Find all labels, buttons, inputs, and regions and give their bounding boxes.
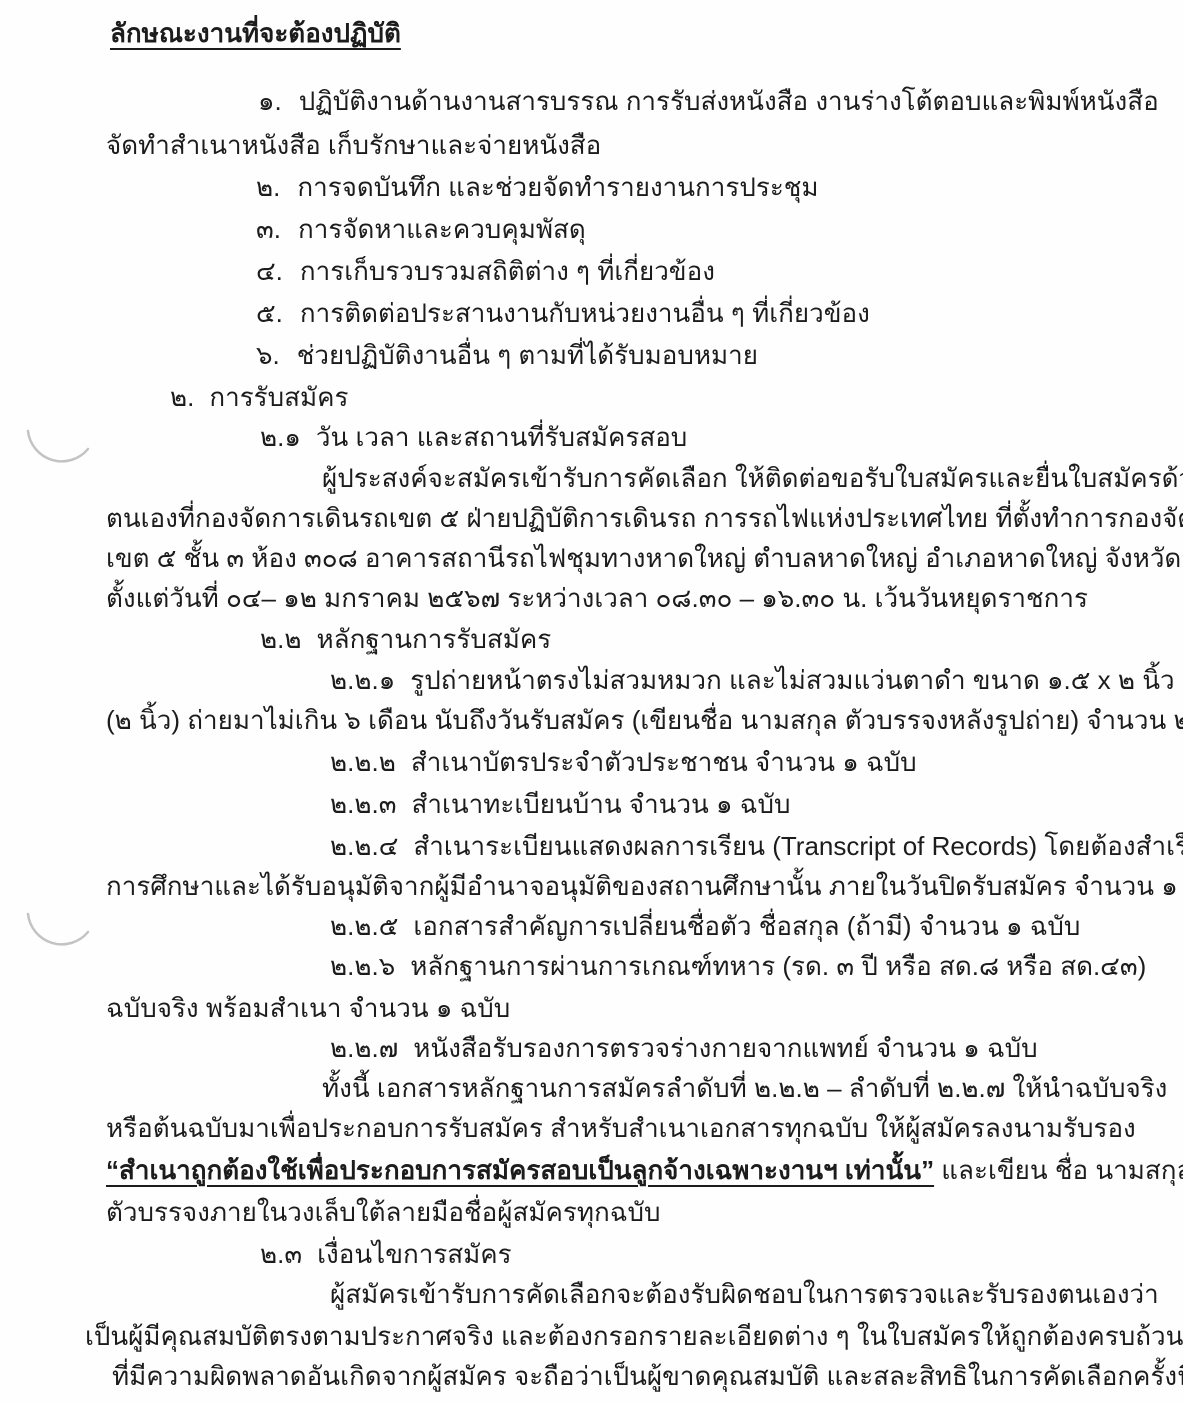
- item-text: หลักฐานการผ่านการเกณฑ์ทหาร (รด. ๓ ปี หรื…: [410, 951, 1146, 981]
- duty-item-1-line-2: จัดทำสำเนาหนังสือ เก็บรักษาและจ่ายหนังสื…: [106, 128, 601, 162]
- paragraph-line: เป็นผู้มีคุณสมบัติตรงตามประกาศจริง และต้…: [85, 1319, 1183, 1353]
- item-text: สำเนาทะเบียนบ้าน จำนวน ๑ ฉบับ: [412, 789, 791, 819]
- duty-item-6: ๖.ช่วยปฏิบัติงานอื่น ๆ ตามที่ได้รับมอบหม…: [256, 338, 758, 372]
- paragraph-line: เขต ๕ ชั้น ๓ ห้อง ๓๐๘ อาคารสถานีรถไฟชุมท…: [106, 541, 1183, 575]
- page-title: ลักษณะงานที่จะต้องปฏิบัติ: [110, 16, 401, 50]
- paragraph-line: ตั้งแต่วันที่ ๐๔– ๑๒ มกราคม ๒๕๖๗ ระหว่าง…: [106, 581, 1088, 615]
- item-number: ๒.๒.๓: [330, 787, 397, 821]
- item-number: ๒.: [256, 170, 280, 204]
- section-title: หลักฐานการรับสมัคร: [317, 624, 552, 654]
- item-text: การจดบันทึก และช่วยจัดทำรายงานการประชุม: [297, 172, 818, 202]
- evidence-item-2-2-4-cont: การศึกษาและได้รับอนุมัติจากผู้มีอำนาจอนุ…: [106, 869, 1183, 903]
- section-title: วัน เวลา และสถานที่รับสมัครสอบ: [316, 422, 687, 452]
- item-number: ๒.๒.๖: [330, 949, 395, 983]
- evidence-item-2-2-1-cont: (๒ นิ้ว) ถ่ายมาไม่เกิน ๖ เดือน นับถึงวัน…: [106, 703, 1183, 737]
- item-text: การจัดหาและควบคุมพัสดุ: [298, 214, 586, 244]
- item-text: หนังสือรับรองการตรวจร่างกายจากแพทย์ จำนว…: [413, 1033, 1037, 1063]
- note-paragraph-line: “สำเนาถูกต้องใช้เพื่อประกอบการสมัครสอบเป…: [106, 1153, 1183, 1187]
- item-number: ๒.๒.๑: [330, 663, 395, 697]
- section-2-heading: ๒.การรับสมัคร: [170, 380, 349, 414]
- paragraph-line: ผู้ประสงค์จะสมัครเข้ารับการคัดเลือก ให้ต…: [322, 461, 1183, 495]
- paragraph-line: ตนเองที่กองจัดการเดินรถเขต ๕ ฝ่ายปฏิบัติ…: [106, 501, 1183, 535]
- item-text: สำเนาบัตรประจำตัวประชาชน จำนวน ๑ ฉบับ: [411, 747, 917, 777]
- evidence-item-2-2-4: ๒.๒.๔สำเนาระเบียนแสดงผลการเรียน (Transcr…: [330, 829, 1183, 863]
- duty-item-2: ๒.การจดบันทึก และช่วยจัดทำรายงานการประชุ…: [256, 170, 819, 204]
- bold-underlined-quote: “สำเนาถูกต้องใช้เพื่อประกอบการสมัครสอบเป…: [106, 1155, 934, 1185]
- item-text: เอกสารสำคัญการเปลี่ยนชื่อตัว ชื่อสกุล (ถ…: [413, 911, 1080, 941]
- item-number: ๔.: [256, 254, 283, 288]
- section-number: ๒.๑: [260, 420, 301, 454]
- section-2-3-heading: ๒.๓เงื่อนไขการสมัคร: [260, 1237, 512, 1271]
- evidence-item-2-2-5: ๒.๒.๕เอกสารสำคัญการเปลี่ยนชื่อตัว ชื่อสก…: [330, 909, 1080, 943]
- note-text: และเขียน ชื่อ นามสกุล: [934, 1155, 1183, 1185]
- evidence-item-2-2-6: ๒.๒.๖หลักฐานการผ่านการเกณฑ์ทหาร (รด. ๓ ป…: [330, 949, 1146, 983]
- evidence-item-2-2-7: ๒.๒.๗หนังสือรับรองการตรวจร่างกายจากแพทย์…: [330, 1031, 1038, 1065]
- item-text: ช่วยปฏิบัติงานอื่น ๆ ตามที่ได้รับมอบหมาย: [297, 340, 758, 370]
- item-text: สำเนาระเบียนแสดงผลการเรียน (Transcript o…: [413, 831, 1183, 861]
- duty-item-3: ๓.การจัดหาและควบคุมพัสดุ: [256, 212, 586, 246]
- item-number: ๓.: [256, 212, 281, 246]
- evidence-item-2-2-3: ๒.๒.๓สำเนาทะเบียนบ้าน จำนวน ๑ ฉบับ: [330, 787, 790, 821]
- scan-crescent-mark-top: [22, 425, 94, 477]
- note-paragraph-line: หรือต้นฉบับมาเพื่อประกอบการรับสมัคร สำหร…: [106, 1111, 1136, 1145]
- item-number: ๖.: [256, 338, 280, 372]
- evidence-item-2-2-2: ๒.๒.๒สำเนาบัตรประจำตัวประชาชน จำนวน ๑ ฉบ…: [330, 745, 917, 779]
- evidence-item-2-2-6-cont: ฉบับจริง พร้อมสำเนา จำนวน ๑ ฉบับ: [106, 991, 510, 1025]
- item-number: ๕.: [256, 296, 283, 330]
- duty-item-4: ๔.การเก็บรวบรวมสถิติต่าง ๆ ที่เกี่ยวข้อง: [256, 254, 715, 288]
- item-text: การเก็บรวบรวมสถิติต่าง ๆ ที่เกี่ยวข้อง: [300, 256, 715, 286]
- evidence-item-2-2-1: ๒.๒.๑รูปถ่ายหน้าตรงไม่สวมหมวก และไม่สวมแ…: [330, 663, 1175, 697]
- item-number: ๒.๒.๗: [330, 1031, 398, 1065]
- item-text: รูปถ่ายหน้าตรงไม่สวมหมวก และไม่สวมแว่นตา…: [410, 665, 1174, 695]
- item-number: ๒.๒.๒: [330, 745, 396, 779]
- section-2-1-heading: ๒.๑วัน เวลา และสถานที่รับสมัครสอบ: [260, 420, 687, 454]
- note-paragraph-line: ตัวบรรจงภายในวงเล็บใต้ลายมือชื่อผู้สมัคร…: [106, 1195, 660, 1229]
- section-number: ๒.๒: [260, 622, 302, 656]
- item-number: ๒.๒.๕: [330, 909, 398, 943]
- item-number: ๒.๒.๔: [330, 829, 398, 863]
- section-number: ๒.: [170, 380, 194, 414]
- item-number: ๑.: [258, 84, 282, 118]
- item-text: ปฏิบัติงานด้านงานสารบรรณ การรับส่งหนังสื…: [299, 86, 1159, 116]
- scanned-document-page: ลักษณะงานที่จะต้องปฏิบัติ ๑.ปฏิบัติงานด้…: [0, 0, 1183, 1403]
- section-title: เงื่อนไขการสมัคร: [317, 1239, 512, 1269]
- note-paragraph-line: ทั้งนี้ เอกสารหลักฐานการสมัครลำดับที่ ๒.…: [322, 1071, 1167, 1105]
- duty-item-1-line-1: ๑.ปฏิบัติงานด้านงานสารบรรณ การรับส่งหนัง…: [258, 84, 1159, 118]
- scan-crescent-mark-bottom: [22, 908, 94, 960]
- paragraph-line: ที่มีความผิดพลาดอันเกิดจากผู้สมัคร จะถือ…: [112, 1359, 1183, 1393]
- section-2-2-heading: ๒.๒หลักฐานการรับสมัคร: [260, 622, 551, 656]
- duty-item-5: ๕.การติดต่อประสานงานกับหน่วยงานอื่น ๆ ที…: [256, 296, 870, 330]
- paragraph-line: ผู้สมัครเข้ารับการคัดเลือกจะต้องรับผิดชอ…: [330, 1277, 1159, 1311]
- section-number: ๒.๓: [260, 1237, 302, 1271]
- section-title: การรับสมัคร: [209, 382, 348, 412]
- item-text: การติดต่อประสานงานกับหน่วยงานอื่น ๆ ที่เ…: [300, 298, 870, 328]
